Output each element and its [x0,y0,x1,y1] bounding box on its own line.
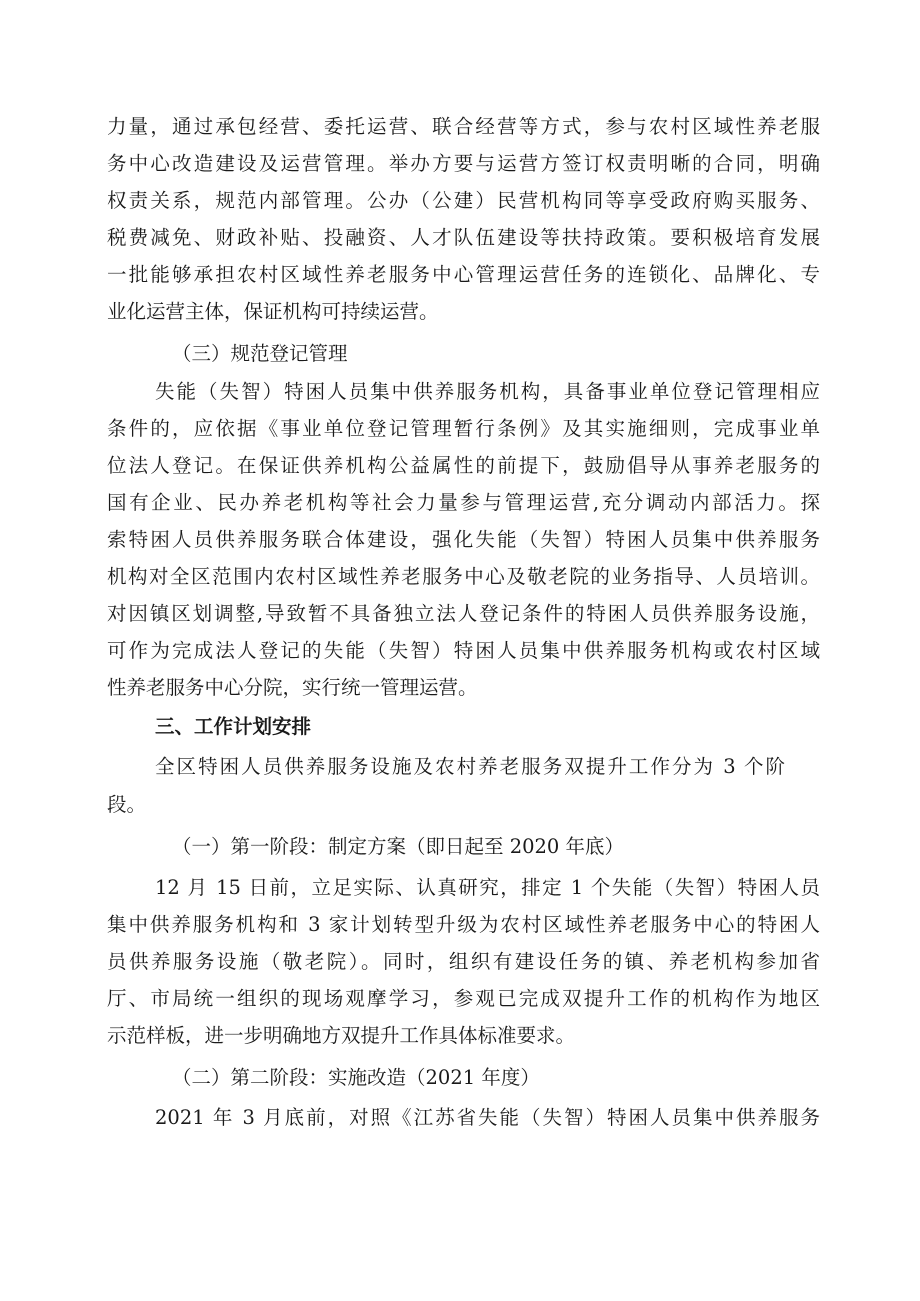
subheading-standardize-registration: （三）规范登记管理 [172,342,885,366]
paragraph-line: 机构对全区范围内农村区域性养老服务中心及敬老院的业务指导、人员培训。 [107,565,820,589]
paragraph-line: 性养老服务中心分院，实行统一管理运营。 [107,676,820,700]
paragraph-line: 示范样板，进一步明确地方双提升工作具体标准要求。 [107,1024,820,1048]
paragraph-line: 税费减免、财政补贴、投融资、人才队伍建设等扶持政策。要积极培育发展 [107,226,820,250]
paragraph-line: 员供养服务设施（敬老院）。同时，组织有建设任务的镇、养老机构参加省 [107,950,820,974]
paragraph-line: 段。 [107,793,820,817]
paragraph-line: 务中心改造建设及运营管理。举办方要与运营方签订权责明晰的合同，明确 [107,152,820,176]
paragraph-line: 可作为完成法人登记的失能（失智）特困人员集中供养服务机构或农村区域 [107,639,820,663]
subheading-phase-one: （一）第一阶段：制定方案（即日起至 2020 年底） [172,835,885,859]
paragraph-line: 集中供养服务机构和 3 家计划转型升级为农村区域性养老服务中心的特困人 [107,913,820,937]
section-heading-work-plan: 三、工作计划安排 [155,715,868,739]
document-page: 力量，通过承包经营、委托运营、联合经营等方式，参与农村区域性养老服 务中心改造建… [0,0,920,1301]
paragraph-line: 失能（失智）特困人员集中供养服务机构，具备事业单位登记管理相应 [155,380,820,404]
paragraph-line: 对因镇区划调整,导致暂不具备独立法人登记条件的特困人员供养服务设施， [107,602,820,626]
subheading-phase-two: （二）第二阶段：实施改造（2021 年度） [172,1066,885,1090]
paragraph-line: 业化运营主体，保证机构可持续运营。 [107,300,820,324]
paragraph-line: 索特困人员供养服务联合体建设，强化失能（失智）特困人员集中供养服务 [107,528,820,552]
paragraph-line: 全区特困人员供养服务设施及农村养老服务双提升工作分为 3 个阶 [155,755,785,779]
paragraph-line: 12 月 15 日前，立足实际、认真研究，排定 1 个失能（失智）特困人员 [155,876,820,900]
paragraph-line: 权责关系，规范内部管理。公办（公建）民营机构同等享受政府购买服务、 [107,189,820,213]
paragraph-line: 位法人登记。在保证供养机构公益属性的前提下，鼓励倡导从事养老服务的 [107,454,820,478]
paragraph-line: 力量，通过承包经营、委托运营、联合经营等方式，参与农村区域性养老服 [107,115,820,139]
paragraph-line: 一批能够承担农村区域性养老服务中心管理运营任务的连锁化、品牌化、专 [107,263,820,287]
paragraph-line: 厅、市局统一组织的现场观摩学习，参观已完成双提升工作的机构作为地区 [107,987,820,1011]
paragraph-line: 条件的，应依据《事业单位登记管理暂行条例》及其实施细则，完成事业单 [107,417,820,441]
paragraph-line: 2021 年 3 月底前，对照《江苏省失能（失智）特困人员集中供养服务 [155,1106,820,1130]
paragraph-line: 国有企业、民办养老机构等社会力量参与管理运营,充分调动内部活力。探 [107,491,820,515]
